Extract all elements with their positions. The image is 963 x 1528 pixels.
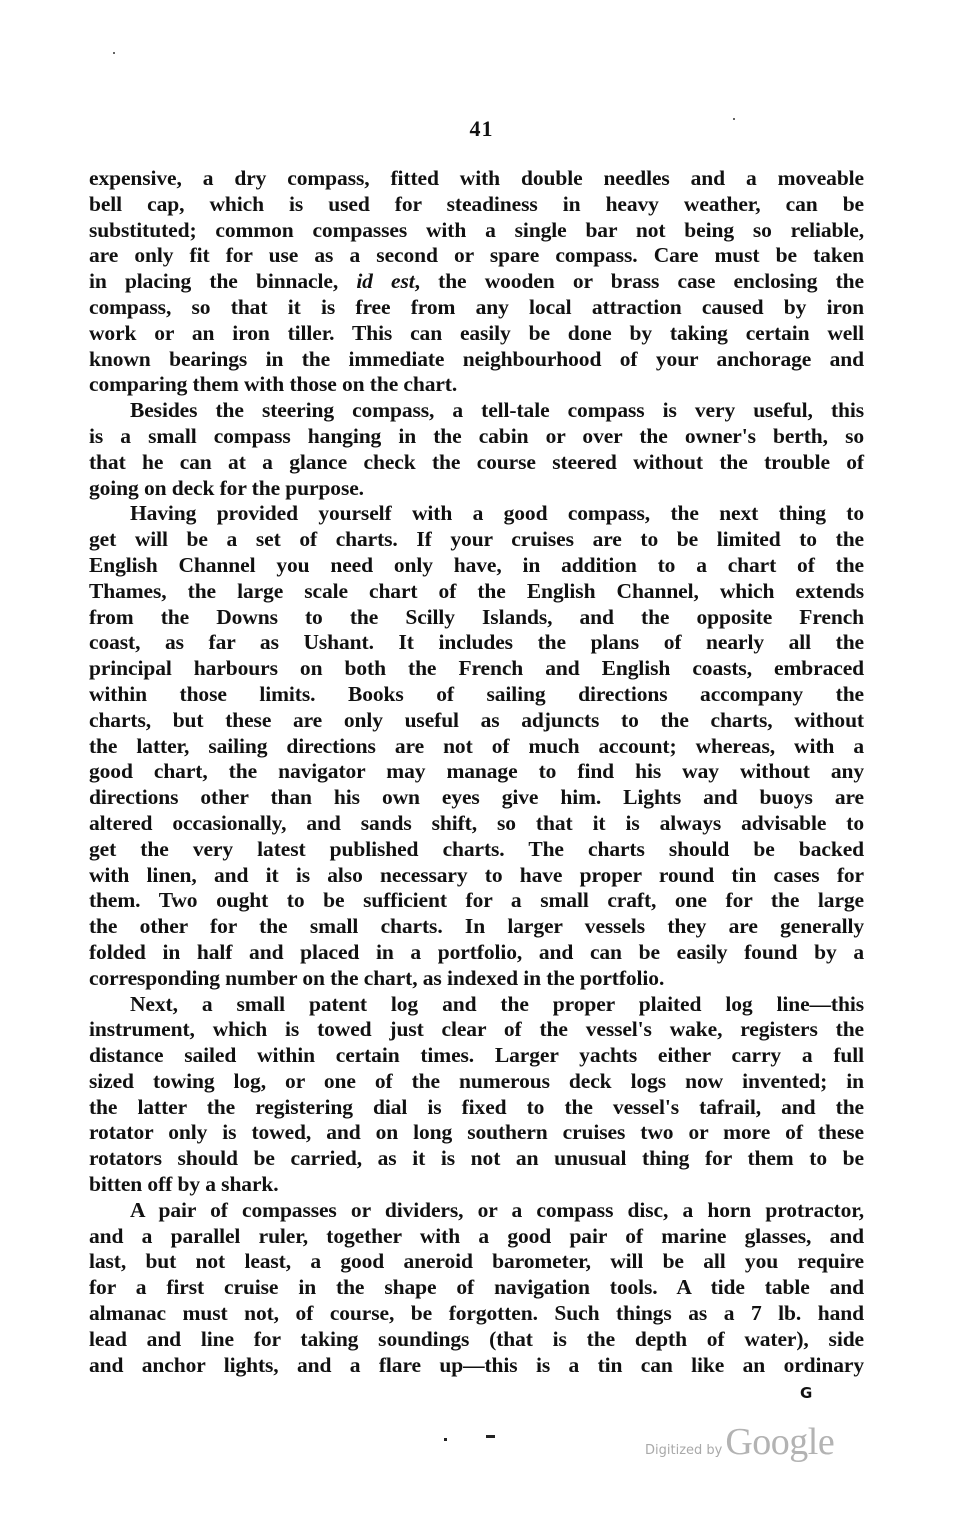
text-line: the latter the registering dial is fixed… [89,1095,864,1121]
text-line: coast, as far as Ushant. It includes the… [89,630,864,656]
text-line: within those limits. Books of sailing di… [89,682,864,708]
ink-dash [486,1435,495,1438]
text-line: lead and line for taking soundings (that… [89,1327,864,1353]
text-segment: , the wooden or brass case enclosing the [415,269,864,293]
text-line: sized towing log, or one of the numerous… [89,1069,864,1095]
text-line: instrument, which is towed just clear of… [89,1017,864,1043]
text-line: Thames, the large scale chart of the Eng… [89,579,864,605]
body-text: expensive, a dry compass, fitted with do… [89,166,864,1378]
text-line: get will be a set of charts. If your cru… [89,527,864,553]
text-line: are only fit for use as a second or spar… [89,243,864,269]
text-line: the latter, sailing directions are not o… [89,734,864,760]
text-line: almanac must not, of course, be forgotte… [89,1301,864,1327]
text-line: is a small compass hanging in the cabin … [89,424,864,450]
text-line: charts, but these are only useful as adj… [89,708,864,734]
text-line: get the very latest published charts. Th… [89,837,864,863]
signature-mark: G [800,1384,812,1402]
text-line: distance sailed within certain times. La… [89,1043,864,1069]
text-line: that he can at a glance check the course… [89,450,864,476]
text-line: directions other than his own eyes give … [89,785,864,811]
text-line: compass, so that it is free from any loc… [89,295,864,321]
text-line: from the Downs to the Scilly Islands, an… [89,605,864,631]
text-line: Having provided yourself with a good com… [89,501,864,527]
text-line: work or an iron tiller. This can easily … [89,321,864,347]
stray-dot [733,118,735,120]
italic-phrase: id est [356,269,414,293]
ink-dot [444,1438,447,1441]
text-line: for a first cruise in the shape of navig… [89,1275,864,1301]
text-line: good chart, the navigator may manage to … [89,759,864,785]
text-line: principal harbours on both the French an… [89,656,864,682]
text-line: rotator only is towed, and on long south… [89,1120,864,1146]
text-line: last, but not least, a good aneroid baro… [89,1249,864,1275]
text-line: A pair of compasses or dividers, or a co… [89,1198,864,1224]
text-line: the other for the small charts. In large… [89,914,864,940]
text-line: corresponding number on the chart, as in… [89,966,864,992]
text-line: and a parallel ruler, together with a go… [89,1224,864,1250]
text-line: rotators should be carried, as it is not… [89,1146,864,1172]
text-line: going on deck for the purpose. [89,476,864,502]
page-number: 41 [0,116,963,142]
text-line: bitten off by a shark. [89,1172,864,1198]
text-line: comparing them with those on the chart. [89,372,864,398]
text-line: English Channel you need only have, in a… [89,553,864,579]
text-line: known bearings in the immediate neighbou… [89,347,864,373]
text-line: in placing the binnacle, id est, the woo… [89,269,864,295]
text-line: folded in half and placed in a portfolio… [89,940,864,966]
stray-dot [113,52,115,54]
watermark-prefix: Digitized by [645,1443,722,1458]
google-watermark: Digitized by Google [645,1420,834,1464]
text-segment: in placing the binnacle, [89,269,356,293]
text-line: Next, a small patent log and the proper … [89,992,864,1018]
google-logo: Google [725,1420,834,1464]
text-line: and anchor lights, and a flare up—this i… [89,1353,864,1379]
text-line: expensive, a dry compass, fitted with do… [89,166,864,192]
text-line: bell cap, which is used for steadiness i… [89,192,864,218]
text-line: substituted; common compasses with a sin… [89,218,864,244]
text-line: Besides the steering compass, a tell-tal… [89,398,864,424]
text-line: with linen, and it is also necessary to … [89,863,864,889]
text-line: altered occasionally, and sands shift, s… [89,811,864,837]
text-line: them. Two ought to be sufficient for a s… [89,888,864,914]
